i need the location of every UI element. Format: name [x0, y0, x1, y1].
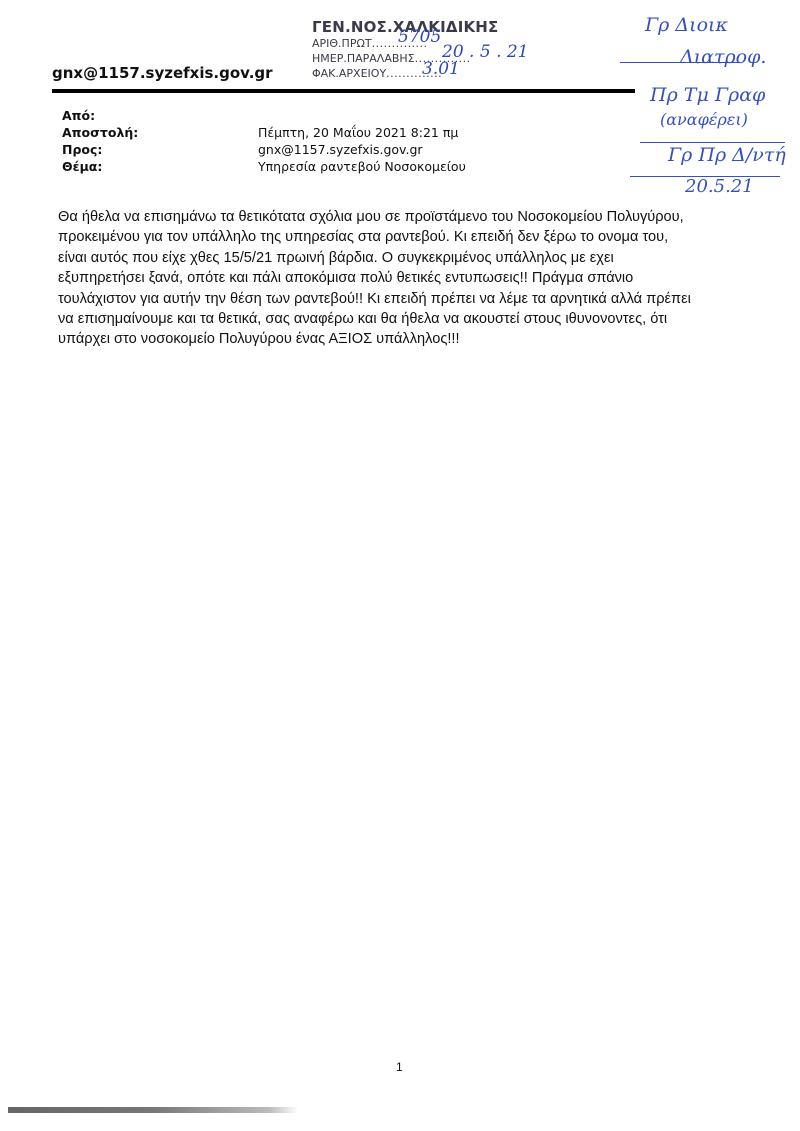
note-underline [640, 142, 785, 143]
body-line: τουλάχιστον για αυτήν την θέση των ραντε… [58, 289, 778, 309]
margin-note: Διατροφ. [680, 46, 766, 68]
meta-to: Προς: gnx@1157.syzefxis.gov.gr [62, 141, 466, 158]
page-number: 1 [396, 1060, 403, 1074]
meta-subject: Θέμα: Υπηρεσία ραντεβού Νοσοκομείου [62, 158, 466, 175]
margin-note: Πρ Τμ Γραφ [650, 84, 765, 106]
handwritten-file-folder: 3.01 [422, 62, 460, 77]
body-line: να επισημαίνουμε και τα θετικά, σας αναφ… [58, 309, 778, 329]
meta-from: Από: [62, 107, 466, 124]
body-line: υπάρχει στο νοσοκομείο Πολυγύρου ένας ΑΞ… [58, 329, 778, 349]
meta-sent: Αποστολή: Πέμπτη, 20 Μαΐου 2021 8:21 πμ [62, 124, 466, 141]
body-line: είναι αυτός που είχε χθες 15/5/21 πρωινή… [58, 248, 778, 268]
margin-note: Γρ Πρ Δ/ντή [668, 144, 786, 166]
margin-note: 20.5.21 [685, 176, 754, 197]
margin-note: (αναφέρει) [660, 110, 748, 129]
email-meta: Από: Αποστολή: Πέμπτη, 20 Μαΐου 2021 8:2… [62, 107, 466, 175]
email-body: Θα ήθελα να επισημάνω τα θετικότατα σχόλ… [58, 207, 778, 350]
stamp-row-file-folder: ΦΑΚ.ΑΡΧΕΙΟΥ.............. 3.01 [312, 66, 572, 81]
body-line: προκειμένου για τον υπάλληλο της υπηρεσί… [58, 227, 778, 247]
scan-edge-bar [8, 1107, 298, 1113]
body-line: εξυπηρετήσει ξανά, οπότε και πάλι αποκόμ… [58, 268, 778, 288]
handwritten-receipt-date: 20 . 5 . 21 [442, 45, 529, 60]
protocol-stamp: ΓΕΝ.ΝΟΣ.ΧΑΛΚΙΔΙΚΗΣ ΑΡΙΘ.ΠΡΩΤ............… [312, 18, 572, 81]
handwritten-protocol-number: 5705 [398, 30, 441, 45]
email-account-header: gnx@1157.syzefxis.gov.gr [52, 64, 273, 82]
stamp-title: ΓΕΝ.ΝΟΣ.ΧΑΛΚΙΔΙΚΗΣ [312, 18, 572, 36]
header-rule [52, 89, 635, 93]
margin-note: Γρ Διοικ [645, 14, 728, 36]
body-line: Θα ήθελα να επισημάνω τα θετικότατα σχόλ… [58, 207, 778, 227]
